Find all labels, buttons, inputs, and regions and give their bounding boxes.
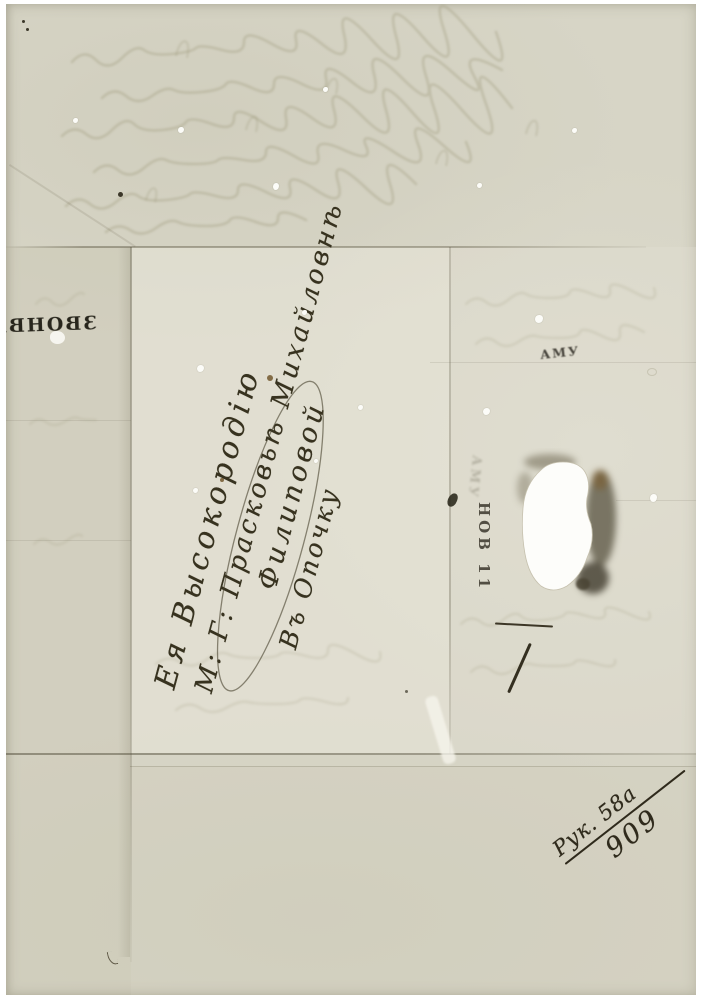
fold-shadow-left-vertical [118,247,130,957]
fold-line-left-vertical [130,247,132,962]
paper-blemish-ring [647,368,657,376]
paper-chip-over-stamp [50,331,65,344]
ink-spot [267,375,273,381]
scanned-letter-page: { "envelope": { "address": { "honorific_… [0,0,702,1000]
crease-left-2 [6,540,131,541]
dust-speck [26,28,29,31]
seal-tear-hole [505,448,625,613]
fold-line-bottom-secondary [130,766,696,767]
crease-left-1 [6,420,131,421]
dust-speck [22,20,25,23]
dust-speck [118,192,123,197]
ink-spot [220,478,224,482]
dust-speck [405,690,408,693]
crease-right-1 [430,362,696,363]
envelope-paper: ЗВОНВЯ АМУ АМУ НОВ 11 Ея Высокородію М: … [6,4,696,995]
fold-line-bottom [6,753,696,755]
postmark-date-text: НОВ 11 [475,502,493,592]
